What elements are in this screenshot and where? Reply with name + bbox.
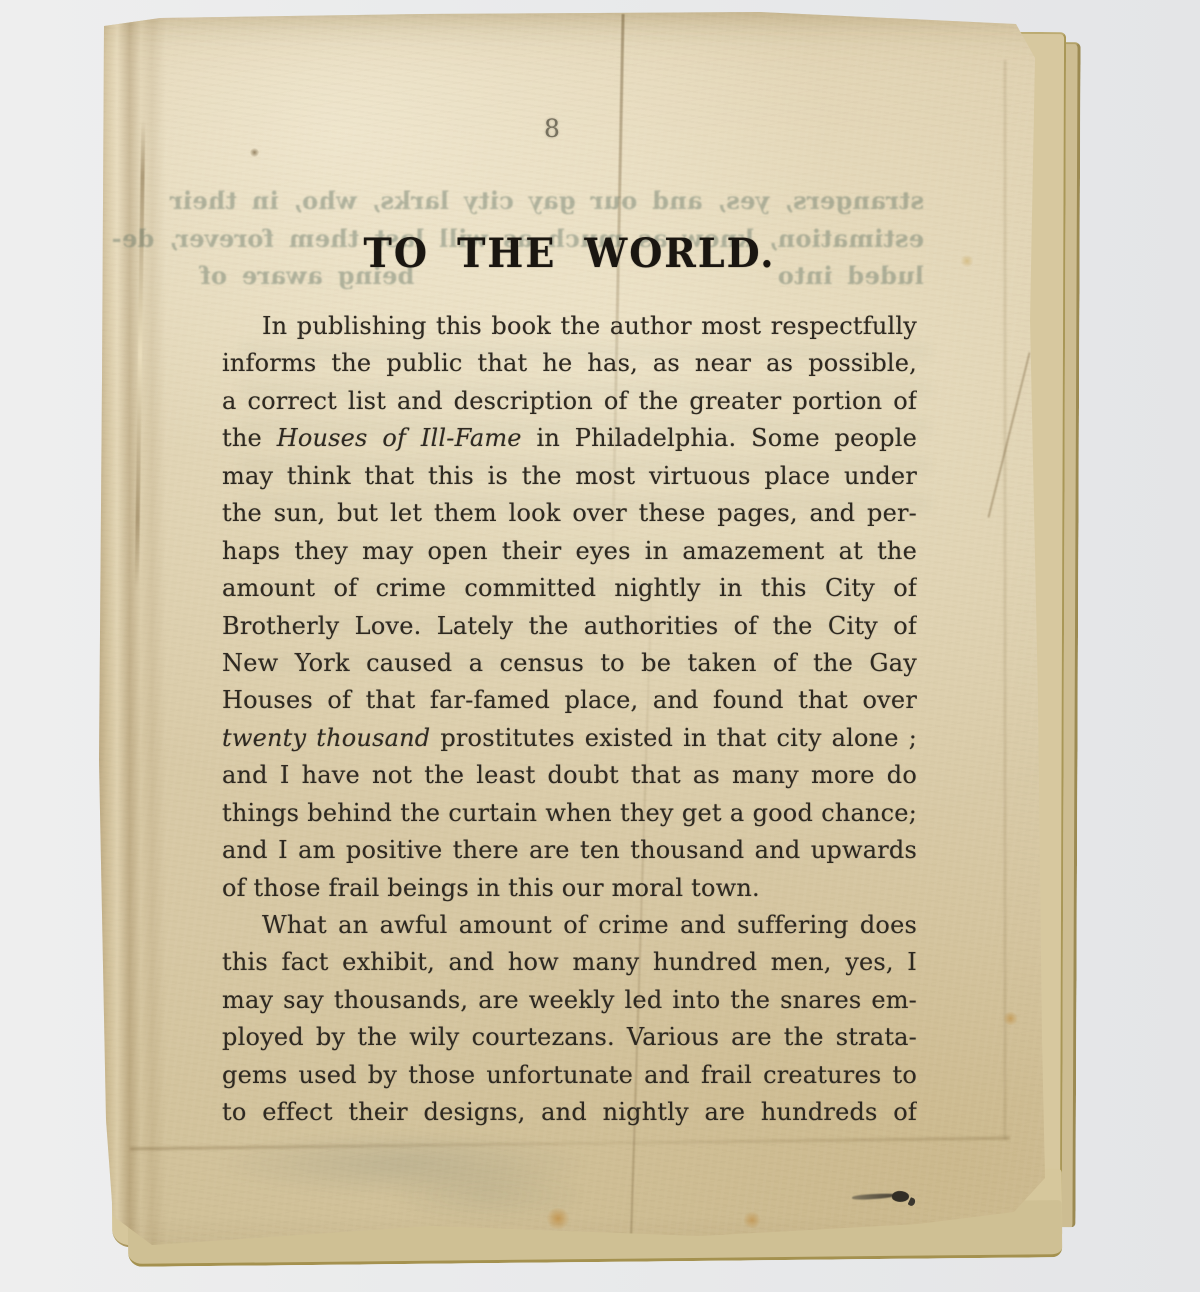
page-number: 8	[222, 114, 882, 143]
text-line: What an awful amount of crime and suffer…	[222, 907, 917, 944]
ink-smudge-tail	[908, 1197, 917, 1207]
paper-crease	[130, 1137, 1010, 1151]
paper-stain	[545, 1208, 571, 1229]
page-title: TO THE WORLD.	[222, 229, 917, 277]
ink-smudge	[852, 1186, 922, 1208]
text-line: In publishing this book the author most …	[222, 308, 917, 345]
ink-bleedthrough	[380, 1165, 600, 1225]
spine-fold	[96, 0, 166, 1292]
paper-crease	[987, 352, 1030, 517]
text-line: Brotherly Love. Lately the authorities o…	[222, 608, 917, 645]
book-page: strangers, yes, and our gay city larks, …	[0, 0, 1200, 1292]
text-line: a correct list and description of the gr…	[222, 383, 917, 420]
paper-stain	[960, 255, 974, 267]
text-line: of those frail beings in this our moral …	[222, 870, 917, 907]
text-line: to effect their designs, and nightly are…	[222, 1094, 917, 1131]
text-line: twenty thousand prostitutes existed in t…	[222, 720, 917, 757]
paper-crease	[1004, 60, 1006, 1140]
text-line: this fact exhibit, and how many hundred …	[222, 944, 917, 981]
text-line: informs the public that he has, as near …	[222, 345, 917, 382]
paper-stain	[250, 148, 259, 157]
text-line: the sun, but let them look over these pa…	[222, 495, 917, 532]
paper-stain	[742, 1212, 762, 1228]
text-line: haps they may open their eyes in amazeme…	[222, 533, 917, 570]
text-line: and I have not the least doubt that as m…	[222, 757, 917, 794]
text-line: New York caused a census to be taken of …	[222, 645, 917, 682]
text-line: ployed by the wily courtezans. Various a…	[222, 1019, 917, 1056]
ink-bleedthrough	[210, 1128, 640, 1200]
ink-smudge-stroke	[852, 1192, 896, 1200]
text-line: gems used by those unfortunate and frail…	[222, 1057, 917, 1094]
ink-smudge-blob	[891, 1190, 909, 1203]
text-line: Houses of that far-famed place, and foun…	[222, 682, 917, 719]
text-line: may think that this is the most virtuous…	[222, 458, 917, 495]
ghost-line: strangers, yes, and our gay city larks, …	[200, 182, 924, 220]
body-text: In publishing this book the author most …	[222, 308, 917, 1132]
text-line: the Houses of Ill-Fame in Philadelphia. …	[222, 420, 917, 457]
text-line: and I am positive there are ten thousand…	[222, 832, 917, 869]
text-line: amount of crime committed nightly in thi…	[222, 570, 917, 607]
text-line: things behind the curtain when they get …	[222, 795, 917, 832]
paper-stain	[1002, 1012, 1019, 1025]
text-line: may say thousands, are weekly led into t…	[222, 982, 917, 1019]
scanned-document: strangers, yes, and our gay city larks, …	[0, 0, 1200, 1292]
